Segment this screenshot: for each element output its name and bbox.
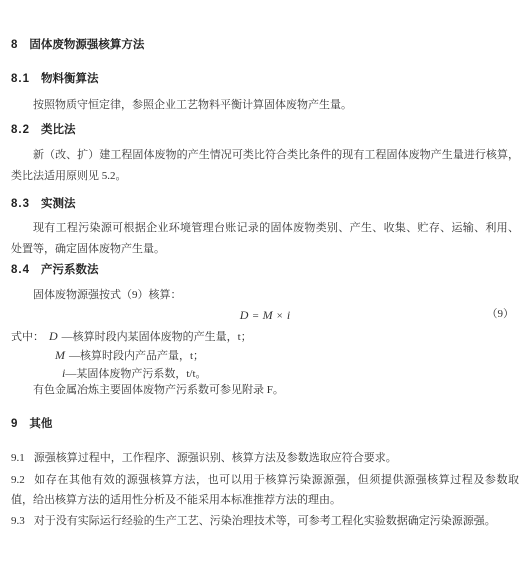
paragraph-8-1: 按照物质守恒定律，参照企业工艺物料平衡计算固体废物产生量。: [11, 99, 519, 113]
paragraph-9-2-number: 9.2: [11, 474, 25, 486]
section-8-3-number: 8.3: [11, 198, 30, 210]
section-8-3-heading: 8.3实测法: [11, 197, 519, 211]
formula: D=M×i: [240, 308, 290, 324]
var-desc-D: —核算时段内某固体废物的产生量，t；: [62, 331, 252, 343]
section-9-heading: 9其他: [11, 417, 519, 431]
section-8-number: 8: [11, 39, 18, 51]
formula-intro: 固体废物源强按式（9）核算：: [11, 289, 519, 303]
paragraph-9-1-number: 9.1: [11, 452, 25, 464]
var-desc-i: —某固体废物产污系数，t/t。: [65, 368, 206, 380]
var-symbol-D: D: [49, 329, 58, 343]
section-8-heading: 8固体废物源强核算方法: [11, 38, 519, 52]
formula-var-D: D: [240, 308, 249, 322]
paragraph-9-2-text-1: 如存在其他有效的源强核算方法，也可以用于核算污染源源强，但须提供源强核算过程及参…: [34, 474, 519, 486]
paragraph-8-2-line-1: 新（改、扩）建工程固体废物的产生情况可类比符合类比条件的现有工程固体废物产生量进…: [11, 149, 519, 163]
formula-var-i: i: [287, 308, 290, 322]
paragraph-9-1: 9.1源强核算过程中，工作程序、源强识别、核算方法及参数选取应符合要求。: [11, 452, 519, 466]
section-9-title: 其他: [29, 418, 52, 430]
var-desc-M: —核算时段内产品产量，t；: [69, 350, 204, 362]
formula-where-line-i: i—某固体废物产污系数，t/t。: [11, 366, 519, 382]
formula-var-M: M: [263, 308, 273, 322]
section-9-number: 9: [11, 418, 18, 430]
paragraph-8-3-line-1: 现有工程污染源可根据企业环境管理台账记录的固体废物类别、产生、收集、贮存、运输、…: [11, 222, 519, 236]
equals-sign: =: [252, 310, 258, 322]
appendix-note: 有色金属冶炼主要固体废物产污系数可参见附录 F。: [11, 384, 519, 398]
formula-row: D=M×i （9）: [11, 308, 519, 324]
section-8-4-title: 产污系数法: [41, 264, 99, 276]
section-8-2-heading: 8.2类比法: [11, 123, 519, 137]
var-symbol-M: M: [55, 348, 65, 362]
section-8-1-number: 8.1: [11, 73, 30, 85]
section-8-2-number: 8.2: [11, 124, 30, 136]
section-8-4-number: 8.4: [11, 264, 30, 276]
section-8-1-heading: 8.1物料衡算法: [11, 72, 519, 86]
multiply-sign: ×: [277, 310, 283, 322]
section-8-4-heading: 8.4产污系数法: [11, 263, 519, 277]
paragraph-9-3: 9.3对于没有实际运行经验的生产工艺、污染治理技术等，可参考工程化实验数据确定污…: [11, 515, 519, 529]
paragraph-9-2-line-1: 9.2如存在其他有效的源强核算方法，也可以用于核算污染源源强，但须提供源强核算过…: [11, 474, 519, 488]
section-8-3-title: 实测法: [41, 198, 76, 210]
formula-number: （9）: [487, 308, 515, 322]
formula-where-line-M: M—核算时段内产品产量，t；: [11, 348, 519, 364]
section-8-title: 固体废物源强核算方法: [29, 39, 144, 51]
document-page: 8固体废物源强核算方法 8.1物料衡算法 按照物质守恒定律，参照企业工艺物料平衡…: [0, 0, 530, 585]
paragraph-9-3-text: 对于没有实际运行经验的生产工艺、污染治理技术等，可参考工程化实验数据确定污染源源…: [34, 515, 496, 527]
section-8-1-title: 物料衡算法: [41, 73, 99, 85]
paragraph-9-1-text: 源强核算过程中，工作程序、源强识别、核算方法及参数选取应符合要求。: [34, 452, 397, 464]
paragraph-9-3-number: 9.3: [11, 515, 25, 527]
section-8-2-title: 类比法: [41, 124, 76, 136]
where-label: 式中：: [11, 331, 44, 343]
paragraph-9-2-line-2: 值，给出核算方法的适用性分析及不能采用本标准推荐方法的理由。: [11, 494, 519, 508]
paragraph-8-2-line-2: 类比法适用原则见 5.2。: [11, 170, 519, 184]
paragraph-8-3-line-2: 处置等，确定固体废物产生量。: [11, 243, 519, 257]
formula-where-line-D: 式中：D—核算时段内某固体废物的产生量，t；: [11, 329, 519, 345]
